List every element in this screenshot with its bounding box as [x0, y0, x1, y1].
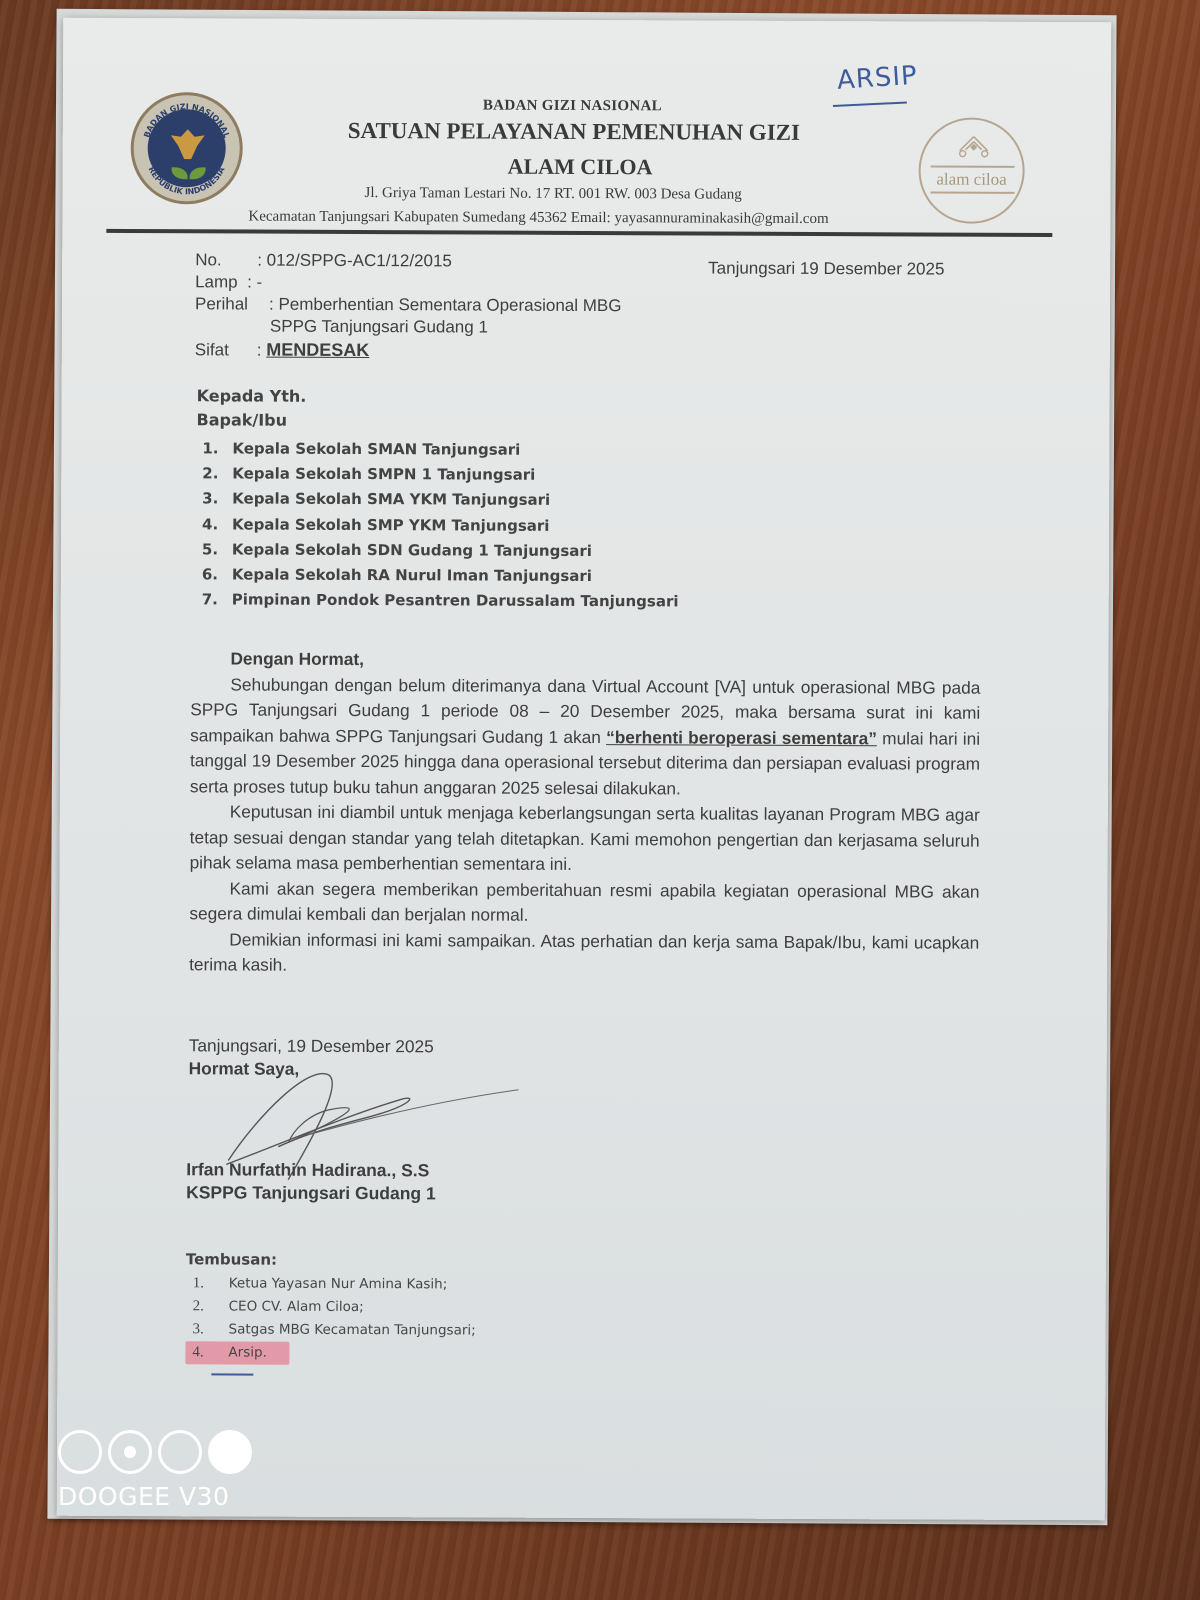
paragraph-1: Sehubungan dengan belum diterimanya dana… — [190, 672, 981, 803]
filled-circle-icon — [208, 1430, 252, 1474]
camera-logo-icon — [58, 1430, 258, 1474]
subject-row: Perihal: Pemberhentian Sementara Operasi… — [195, 294, 622, 316]
number-value: : 012/SPPG-AC1/12/2015 — [257, 251, 452, 271]
handwritten-arsip-note: ARSIP — [836, 61, 918, 96]
list-item: 3.Kepala Sekolah SMA YKM Tanjungsari — [196, 487, 679, 514]
circle-icon — [158, 1430, 202, 1474]
emphasis-text: “berhenti beroperasi sementara” — [606, 727, 877, 748]
alam-ciloa-ornament-icon — [957, 136, 991, 158]
highlighted-list-item: 4.Arsip. — [185, 1341, 289, 1364]
handwritten-underline — [833, 101, 907, 107]
list-item: 1.Kepala Sekolah SMAN Tanjungsari — [196, 436, 679, 463]
camera-model-label: DOOGEE V30 — [58, 1482, 258, 1511]
logo-rule — [931, 192, 1015, 194]
cc-list: 1.Ketua Yayasan Nur Amina Kasih; 2.CEO C… — [185, 1272, 476, 1365]
logo-rule — [931, 166, 1015, 168]
list-item: 2.Kepala Sekolah SMPN 1 Tanjungsari — [196, 462, 679, 489]
greeting: Dengan Hormat, — [190, 646, 980, 675]
unit-name-line2: ALAM CILOA — [508, 154, 653, 181]
subject-value: : Pemberhentian Sementara Operasional MB… — [269, 295, 622, 316]
camera-watermark: DOOGEE V30 — [58, 1430, 258, 1511]
letter-body: Dengan Hormat, Sehubungan dengan belum d… — [189, 646, 980, 981]
subject-label: Perihal — [195, 294, 269, 314]
letter-number-row: No.: 012/SPPG-AC1/12/2015 — [195, 250, 452, 271]
urgency-badge: MENDESAK — [266, 340, 369, 360]
paragraph-4: Demikian informasi ini kami sampaikan. A… — [189, 927, 979, 981]
alam-ciloa-logo: alam ciloa — [918, 117, 1024, 223]
letter-date: Tanjungsari 19 Desember 2025 — [708, 259, 944, 280]
list-item: 1.Ketua Yayasan Nur Amina Kasih; — [186, 1272, 476, 1296]
attachment-label: Lamp — [195, 272, 247, 292]
nature-label: Sifat — [195, 340, 257, 360]
agency-name: BADAN GIZI NASIONAL — [483, 98, 662, 116]
list-item: 5.Kepala Sekolah SDN Gudang 1 Tanjungsar… — [196, 537, 679, 564]
signer-block: Irfan Nurfathin Hadirana., S.S KSPPG Tan… — [186, 1158, 436, 1205]
pen-mark — [211, 1373, 253, 1375]
paragraph-3: Kami akan segera memberikan pemberitahua… — [189, 876, 979, 930]
badan-gizi-nasional-logo: BADAN GIZI NASIONAL REPUBLIK INDONESIA — [130, 92, 242, 204]
letter-page: ARSIP BADAN GIZI NASIONAL REPUBLIK INDON… — [57, 18, 1112, 1521]
signer-title: KSPPG Tanjungsari Gudang 1 — [186, 1181, 436, 1205]
paragraph-2: Keputusan ini diambil untuk menjaga kebe… — [190, 799, 980, 879]
list-item: 6.Kepala Sekolah RA Nurul Iman Tanjungsa… — [196, 562, 679, 589]
attachment-row: Lamp: - — [195, 272, 262, 292]
recipients-list: 1.Kepala Sekolah SMAN Tanjungsari 2.Kepa… — [196, 436, 680, 615]
unit-name-line1: SATUAN PELAYANAN PEMENUHAN GIZI — [348, 118, 800, 146]
cc-block: Tembusan: 1.Ketua Yayasan Nur Amina Kasi… — [185, 1250, 476, 1365]
nature-row: Sifat: MENDESAK — [195, 339, 370, 361]
salutation-recipient: Bapak/Ibu — [196, 408, 679, 434]
svg-text:REPUBLIK INDONESIA: REPUBLIK INDONESIA — [147, 165, 227, 197]
signer-name: Irfan Nurfathin Hadirana., S.S — [186, 1158, 436, 1182]
salutation: Kepada Yth. — [197, 384, 680, 410]
subject-value-line2: SPPG Tanjungsari Gudang 1 — [270, 317, 488, 338]
circle-icon — [58, 1430, 102, 1474]
letterhead-divider — [106, 229, 1052, 237]
address-line2: Kecamatan Tanjungsari Kabupaten Sumedang… — [248, 209, 828, 229]
attachment-value: : - — [247, 273, 262, 292]
list-item: 7.Pimpinan Pondok Pesantren Darussalam T… — [196, 588, 679, 615]
cc-title: Tembusan: — [186, 1250, 476, 1269]
svg-text:BADAN GIZI NASIONAL: BADAN GIZI NASIONAL — [142, 102, 231, 139]
address-line1: Jl. Griya Taman Lestari No. 17 RT. 001 R… — [364, 185, 741, 204]
list-item: 3.Satgas MBG Kecamatan Tanjungsari; — [185, 1318, 475, 1342]
recipients-block: Kepada Yth. Bapak/Ibu 1.Kepala Sekolah S… — [196, 384, 680, 615]
list-item: 4.Kepala Sekolah SMP YKM Tanjungsari — [196, 512, 679, 539]
logo-ring-text: BADAN GIZI NASIONAL REPUBLIK INDONESIA — [133, 95, 239, 201]
logo-text: alam ciloa — [921, 169, 1023, 189]
list-item: 2.CEO CV. Alam Ciloa; — [186, 1295, 476, 1319]
number-label: No. — [195, 250, 257, 270]
circle-dot-icon — [108, 1430, 152, 1474]
